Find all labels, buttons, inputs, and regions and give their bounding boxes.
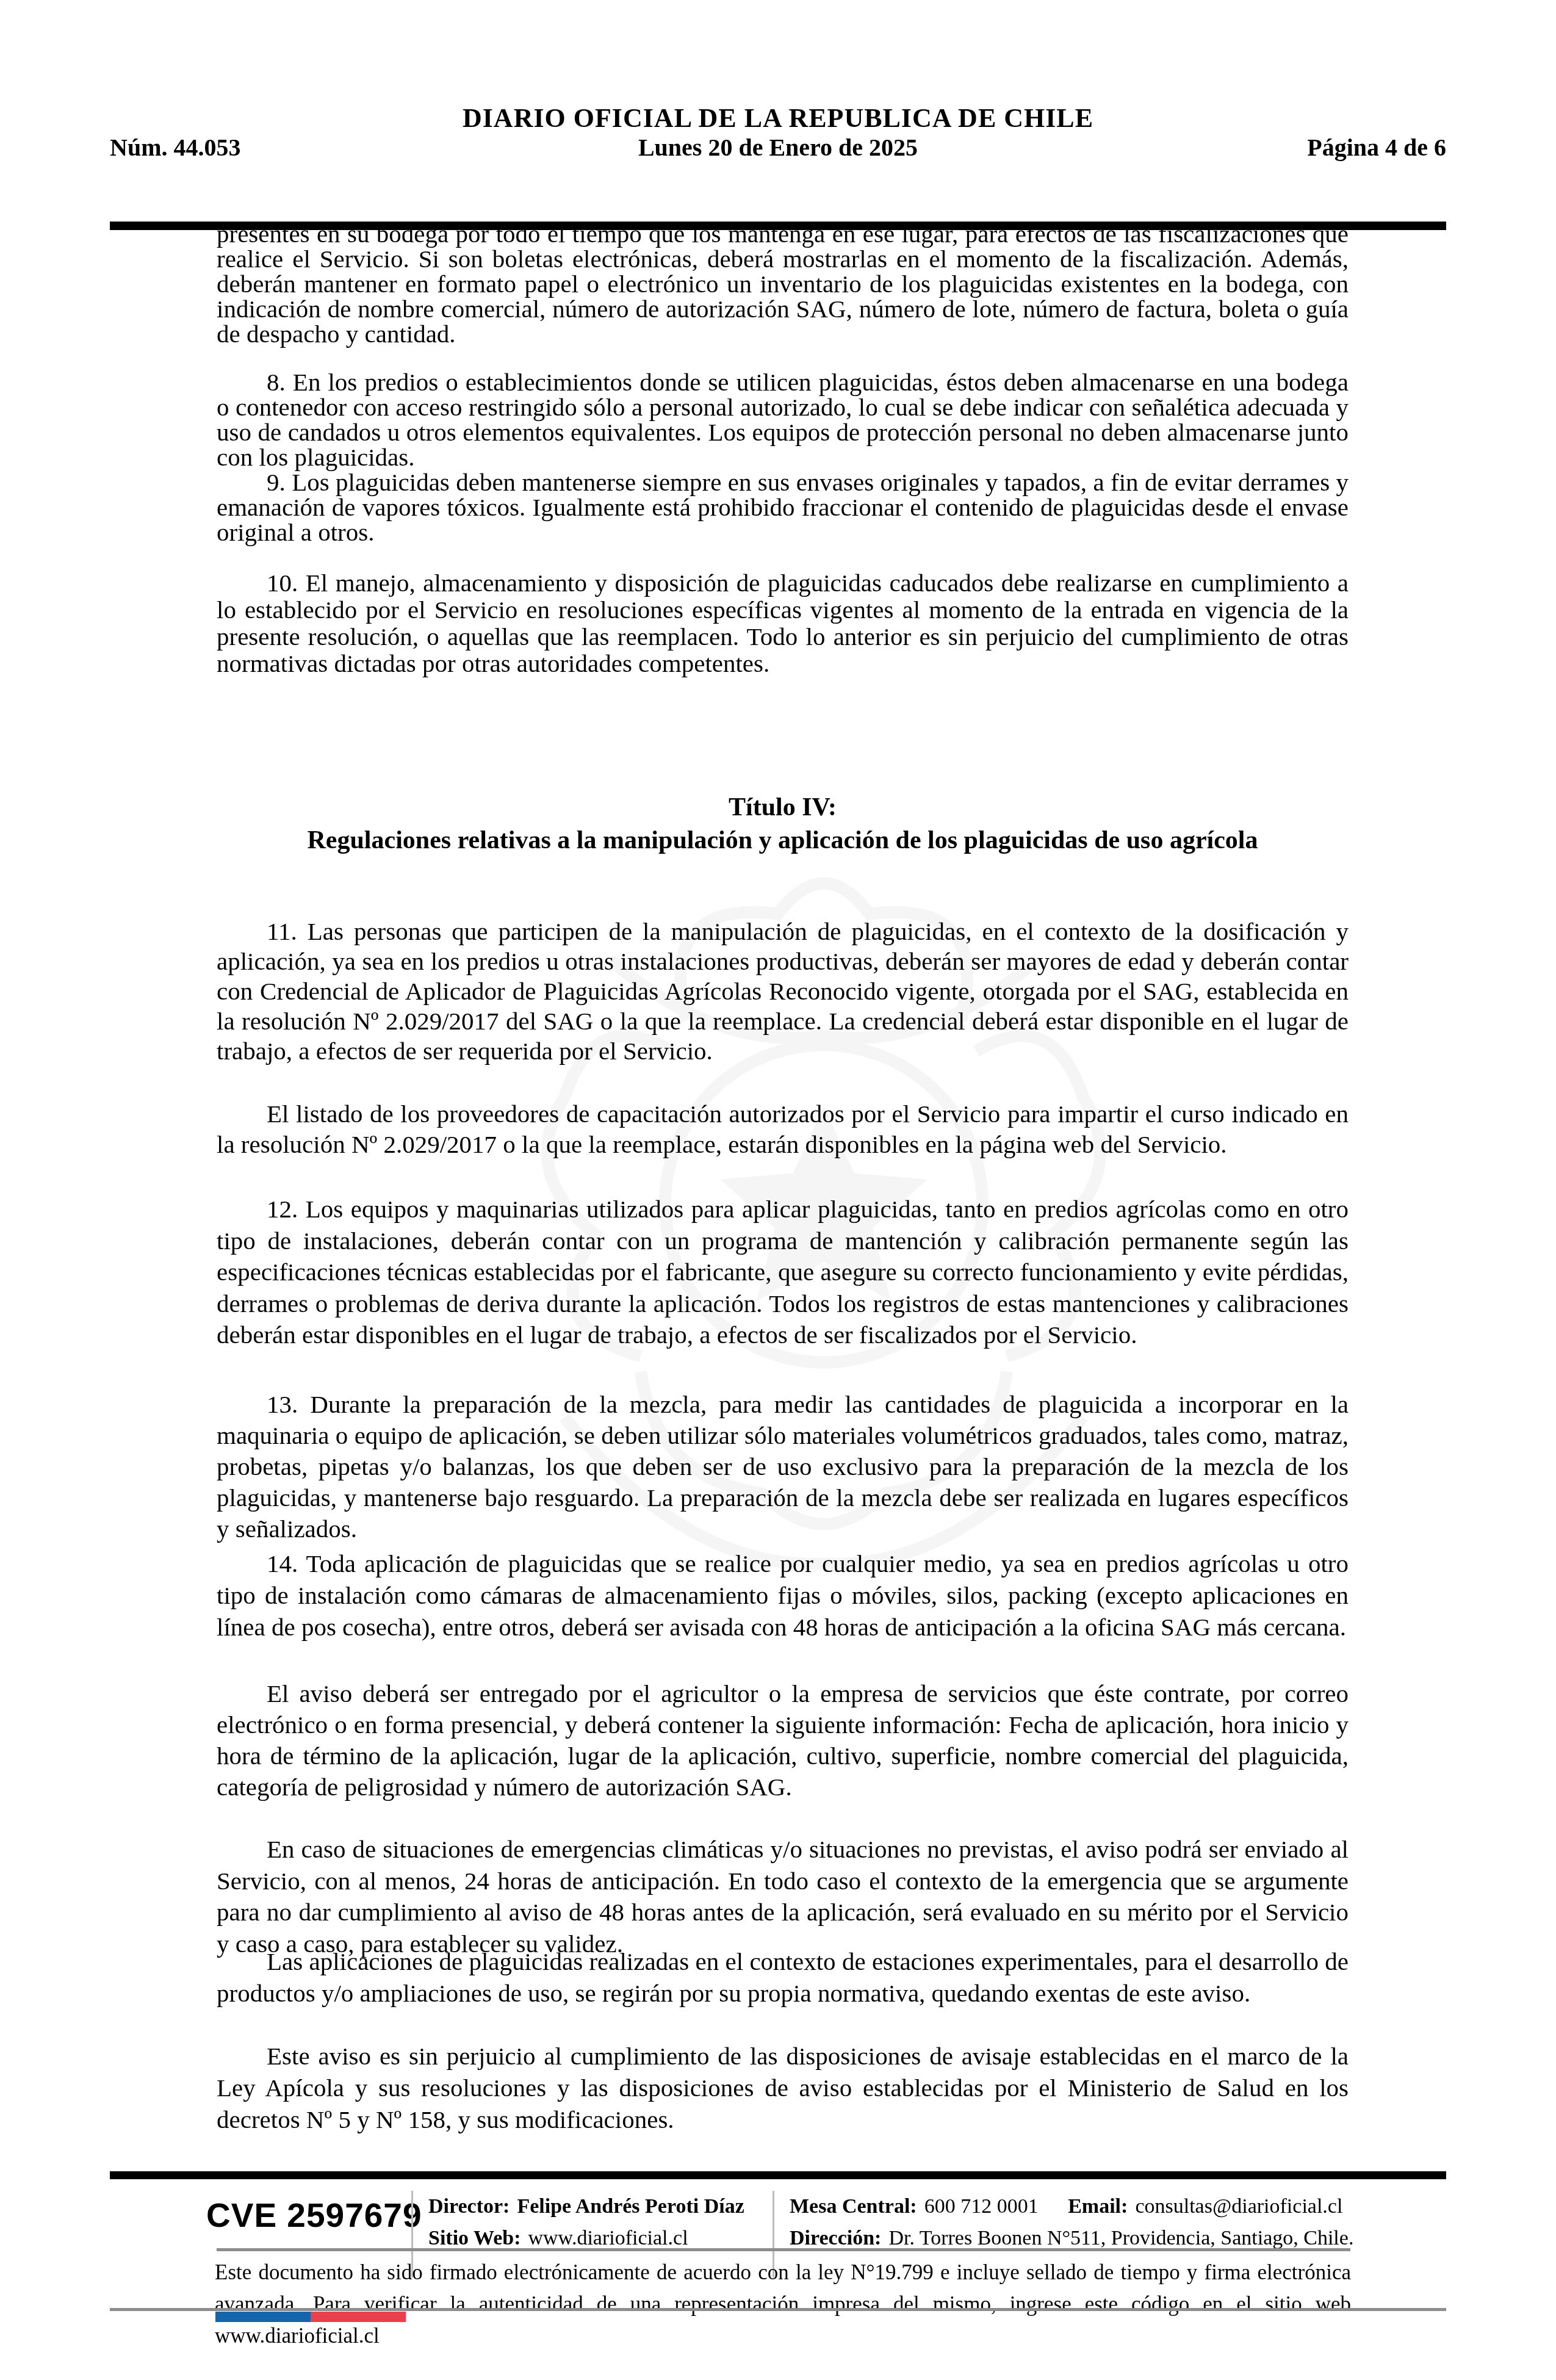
footer-gray-rule [217,2248,1350,2251]
section-heading: Título IV: Regulaciones relativas a la m… [217,791,1349,857]
body-paragraph: 8. En los predios o establecimientos don… [217,370,1349,470]
email-label: Email: [1068,2195,1128,2218]
body-paragraph: Las aplicaciones de plaguicidas realizad… [217,1945,1349,2009]
flag-blue-bar [215,2312,311,2322]
body-paragraph: En caso de situaciones de emergencias cl… [217,1834,1349,1960]
website-url: www.diarioficial.cl [528,2227,688,2249]
body-paragraph: El aviso deberá ser entregado por el agr… [217,1678,1349,1803]
footer-director-column: Director:Felipe Andrés Peroti Díaz Sitio… [428,2191,744,2254]
phone-email-line: Mesa Central:600 712 0001 Email:consulta… [790,2191,1353,2223]
body-paragraph: 13. Durante la preparación de la mezcla,… [217,1389,1349,1545]
address-label: Dirección: [790,2227,881,2249]
phone-number: 600 712 0001 [924,2195,1039,2218]
section-heading-title: Título IV: [217,791,1349,824]
address-value: Dr. Torres Boonen N°511, Providencia, Sa… [888,2227,1353,2249]
header-row: Núm. 44.053 Lunes 20 de Enero de 2025 Pá… [110,133,1446,164]
body-paragraph: 14. Toda aplicación de plaguicidas que s… [217,1548,1349,1643]
body-paragraph: 12. Los equipos y maquinarias utilizados… [217,1194,1349,1351]
cve-code: CVE 2597679 [206,2196,422,2235]
body-paragraph: Este aviso es sin perjuicio al cumplimie… [217,2040,1349,2135]
phone-label: Mesa Central: [790,2195,917,2218]
body-paragraph: 10. El manejo, almacenamiento y disposic… [217,569,1349,677]
section-heading-subtitle: Regulaciones relativas a la manipulación… [217,824,1349,857]
website-label: Sitio Web: [428,2227,520,2249]
newspaper-title: DIARIO OFICIAL DE LA REPUBLICA DE CHILE [110,103,1446,134]
footer-contact-column: Mesa Central:600 712 0001 Email:consulta… [790,2191,1353,2254]
flag-red-bar [311,2312,406,2322]
page-indicator: Página 4 de 6 [1307,133,1446,162]
director-line: Director:Felipe Andrés Peroti Díaz [428,2191,744,2223]
footer-rule [110,2171,1446,2179]
body-paragraph: presentes en su bodega por todo el tiemp… [217,222,1349,347]
edition-date: Lunes 20 de Enero de 2025 [110,133,1446,162]
director-label: Director: [428,2195,510,2218]
body-paragraph: El listado de los proveedores de capacit… [217,1098,1349,1159]
bottom-gray-rule [110,2308,1446,2311]
email-address: consultas@diarioficial.cl [1135,2195,1342,2218]
document-page: DIARIO OFICIAL DE LA REPUBLICA DE CHILE … [0,0,1556,2380]
legal-notice: Este documento ha sido firmado electróni… [215,2257,1351,2352]
director-name: Felipe Andrés Peroti Díaz [517,2195,744,2218]
body-paragraph: 9. Los plaguicidas deben mantenerse siem… [217,470,1349,545]
body-paragraph: 11. Las personas que participen de la ma… [217,917,1349,1066]
